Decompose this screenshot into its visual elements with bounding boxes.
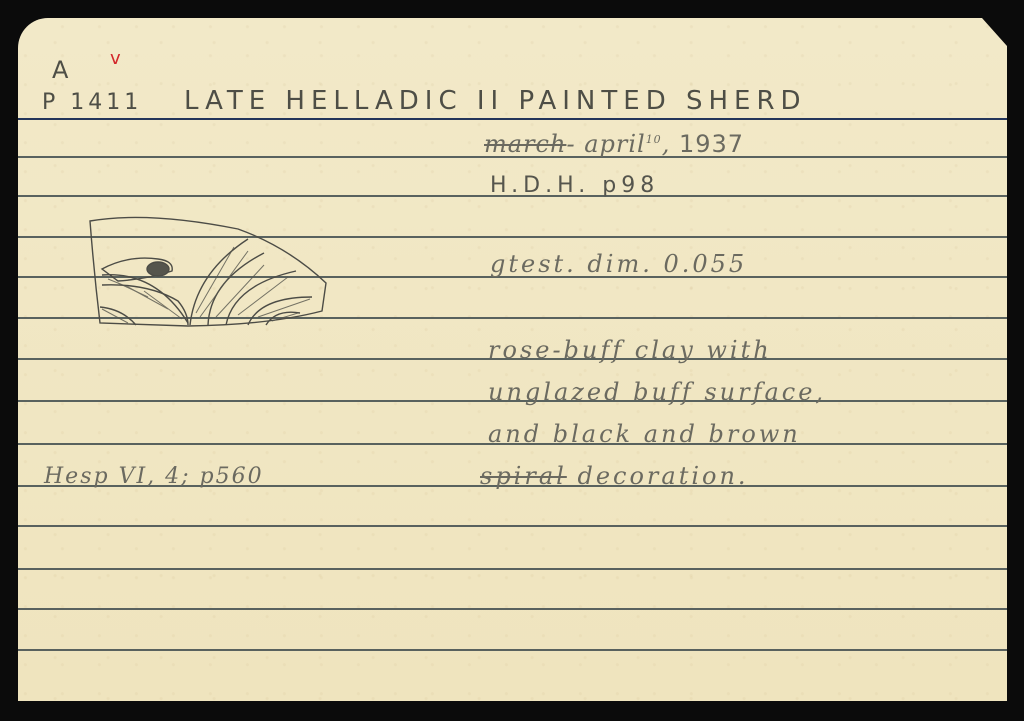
index-card: A v P 1411 LATE HELLADIC II PAINTED SHER… (18, 18, 1007, 701)
scanned-index-card-image: A v P 1411 LATE HELLADIC II PAINTED SHER… (0, 0, 1024, 721)
red-check-mark: v (110, 48, 122, 69)
description-line-1: rose-buff clay with (488, 336, 772, 364)
recorder-reference: H.D.H. p98 (490, 173, 659, 198)
description-line-3: and black and brown (488, 420, 801, 448)
description-line-2: unglazed buff surface, (488, 378, 826, 406)
publication-reference: Hesp VI, 4; p560 (44, 464, 264, 489)
struck-month: march (484, 130, 566, 158)
struck-word-spiral: spiral (480, 462, 567, 490)
description-line-4: spiral decoration. (480, 462, 749, 490)
card-title: LATE HELLADIC II PAINTED SHERD (184, 86, 807, 116)
header-rule (18, 118, 1007, 120)
date-month: april (584, 130, 646, 158)
ruled-line (18, 649, 1007, 651)
ruled-line (18, 568, 1007, 570)
date-line: march- april10, 1937 (484, 130, 744, 158)
sherd-sketch-illustration: painted sherd drawing (88, 213, 338, 338)
catalog-number: P 1411 (42, 90, 142, 115)
dimension-note: gtest. dim. 0.055 (490, 250, 747, 278)
ruled-line (18, 525, 1007, 527)
section-letter: A (52, 56, 74, 84)
ruled-line (18, 608, 1007, 610)
date-day: 10 (646, 133, 662, 146)
date-year: 1937 (679, 130, 744, 158)
